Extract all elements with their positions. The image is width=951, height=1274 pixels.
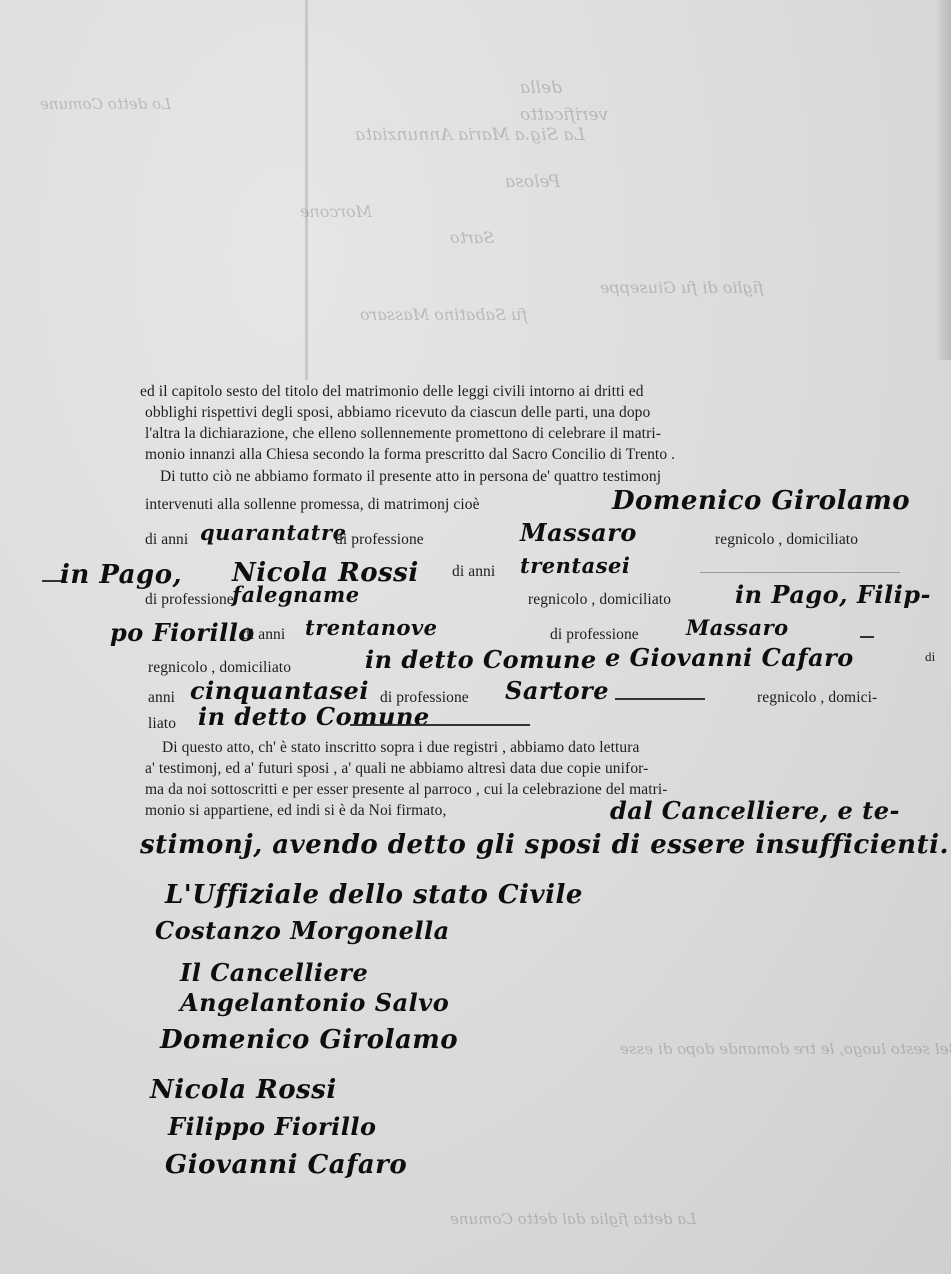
handwritten-witness2-profession: falegname (232, 582, 360, 607)
form-label: liato (148, 716, 176, 732)
handwritten-witness4-age: cinquantasei (190, 676, 369, 705)
bleed-through-text: Lo detto Comune (40, 95, 171, 113)
form-label: di anni (145, 532, 188, 548)
form-blank-line (700, 572, 900, 573)
handwritten-dash (860, 636, 874, 638)
scan-edge-shadow (937, 0, 951, 360)
bleed-through-text: della (520, 78, 562, 98)
form-label: regnicolo , domiciliato (148, 660, 291, 676)
signature-chancellor-name: Angelantonio Salvo (180, 988, 449, 1017)
form-label: anni (148, 690, 175, 706)
bleed-through-text: Sarto (450, 228, 494, 247)
form-label: regnicolo , domici- (757, 690, 877, 706)
handwritten-witness3-domicile: in detto Comune (365, 645, 597, 674)
handwritten-closing-addendum: dal Cancelliere, e te- (610, 796, 900, 825)
printed-line: monio si appartiene, ed indi si è da Noi… (145, 803, 446, 819)
printed-line: a' testimonj, ed a' futuri sposi , a' qu… (145, 761, 648, 777)
signature-official-name: Costanzo Morgonella (155, 916, 450, 945)
bleed-through-text: verificatto (520, 105, 608, 125)
handwritten-underline (615, 698, 705, 700)
handwritten-witness3-name: po Fiorillo (110, 618, 255, 647)
printed-line: Di tutto ciò ne abbiamo formato il prese… (160, 469, 661, 485)
handwritten-dash (42, 580, 62, 582)
printed-line: ed il capitolo sesto del titolo del matr… (140, 384, 644, 400)
signature-witness: Filippo Fiorillo (168, 1112, 376, 1141)
form-label: di (925, 650, 935, 663)
form-label: di professione (550, 627, 639, 643)
handwritten-witness2-age: trentasei (520, 553, 630, 578)
printed-line: Di questo atto, ch' è stato inscritto so… (162, 740, 640, 756)
form-label: di anni (452, 564, 495, 580)
handwritten-witness4-domicile: in detto Comune (198, 702, 430, 731)
handwritten-witness1-domicile: in Pago, (60, 560, 182, 590)
paper-fold-line (305, 0, 308, 380)
signature-witness: Domenico Girolamo (160, 1025, 458, 1055)
signature-witness: Nicola Rossi (150, 1075, 337, 1105)
handwritten-witness3-profession: Massaro (686, 615, 789, 640)
bleed-through-text: Morcone (300, 202, 372, 221)
signature-official-title: L'Uffiziale dello stato Civile (165, 880, 583, 910)
signature-chancellor-title: Il Cancelliere (180, 958, 368, 987)
handwritten-underline (350, 724, 530, 726)
bleed-through-text: Pelosa (505, 172, 560, 192)
handwritten-witness4-profession: Sartore (505, 676, 609, 705)
handwritten-witness4-name: e Giovanni Cafaro (605, 643, 854, 672)
handwritten-witness1-profession: Massaro (520, 518, 637, 547)
handwritten-witness3-age: trentanove (305, 615, 438, 640)
handwritten-witness1-age: quarantatre (200, 520, 346, 545)
bleed-through-text: Bel sesto luogo, le tre domande dopo di … (620, 1040, 951, 1058)
form-label: di anni (242, 627, 285, 643)
printed-line: obblighi rispettivi degli sposi, abbiamo… (145, 405, 650, 421)
handwritten-witness1-name: Domenico Girolamo (612, 486, 910, 516)
printed-line: ma da noi sottoscritti e per esser prese… (145, 782, 668, 798)
form-label: di professione (335, 532, 424, 548)
bleed-through-text: La Sig.a Maria Annunziata (355, 125, 585, 145)
handwritten-closing-addendum: stimonj, avendo detto gli sposi di esser… (140, 830, 949, 860)
document-page: della verificatto La Sig.a Maria Annunzi… (0, 0, 951, 1274)
form-label: regnicolo , domiciliato (528, 592, 671, 608)
form-label: regnicolo , domiciliato (715, 532, 858, 548)
bleed-through-text: figlio di fu Giuseppe (600, 278, 763, 297)
signature-witness: Giovanni Cafaro (165, 1150, 407, 1180)
printed-line: monio innanzi alla Chiesa secondo la for… (145, 447, 675, 463)
printed-line: l'altra la dichiarazione, che elleno sol… (145, 426, 661, 442)
printed-line: intervenuti alla sollenne promessa, di m… (145, 497, 480, 513)
bleed-through-text: fu Sabatino Massaro (360, 305, 527, 324)
handwritten-witness2-domicile: in Pago, Filip- (735, 580, 931, 609)
bleed-through-text: La detta figlia dal detto Comune (450, 1210, 696, 1228)
form-label: di professione (145, 592, 234, 608)
